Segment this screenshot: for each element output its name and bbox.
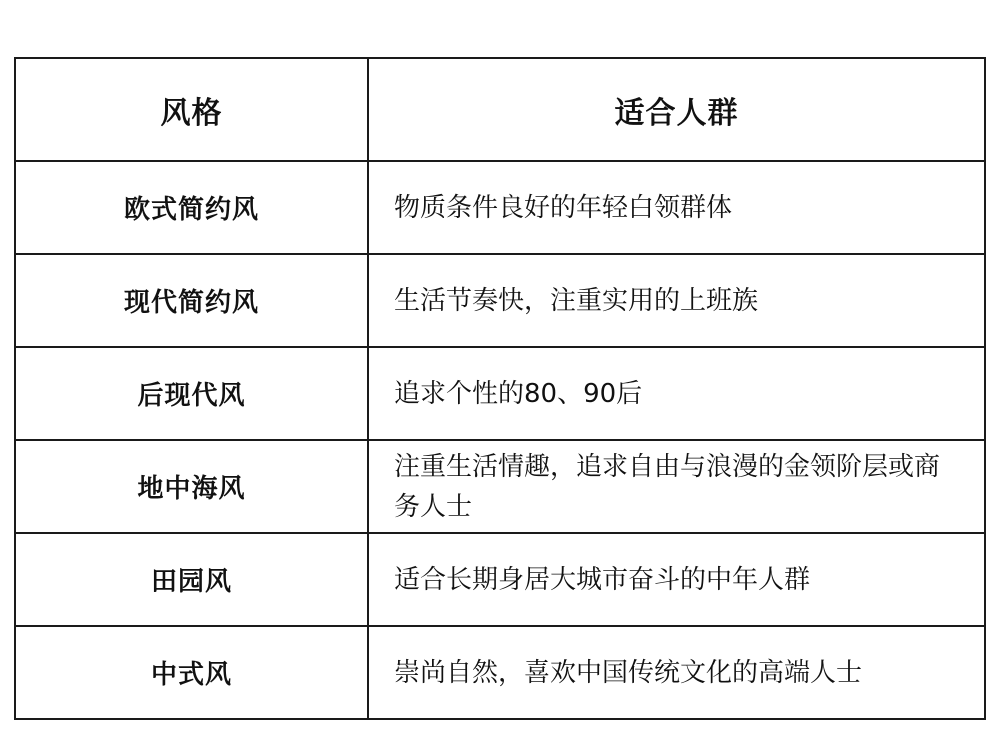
header-audience: 适合人群 [368,58,985,161]
style-cell: 田园风 [15,533,368,626]
style-cell: 欧式简约风 [15,161,368,254]
table-row: 后现代风 追求个性的80、90后 [15,347,985,440]
style-audience-table: 风格 适合人群 欧式简约风 物质条件良好的年轻白领群体 现代简约风 生活节奏快，… [14,57,986,720]
audience-cell: 适合长期身居大城市奋斗的中年人群 [368,533,985,626]
style-cell: 现代简约风 [15,254,368,347]
table-row: 欧式简约风 物质条件良好的年轻白领群体 [15,161,985,254]
audience-cell: 崇尚自然，喜欢中国传统文化的高端人士 [368,626,985,719]
audience-cell: 物质条件良好的年轻白领群体 [368,161,985,254]
audience-cell: 追求个性的80、90后 [368,347,985,440]
table-row: 现代简约风 生活节奏快，注重实用的上班族 [15,254,985,347]
table-row: 中式风 崇尚自然，喜欢中国传统文化的高端人士 [15,626,985,719]
audience-cell: 生活节奏快，注重实用的上班族 [368,254,985,347]
table-header-row: 风格 适合人群 [15,58,985,161]
style-cell: 中式风 [15,626,368,719]
table-row: 地中海风 注重生活情趣，追求自由与浪漫的金领阶层或商务人士 [15,440,985,533]
audience-cell: 注重生活情趣，追求自由与浪漫的金领阶层或商务人士 [368,440,985,533]
table-row: 田园风 适合长期身居大城市奋斗的中年人群 [15,533,985,626]
header-style: 风格 [15,58,368,161]
style-cell: 地中海风 [15,440,368,533]
style-cell: 后现代风 [15,347,368,440]
